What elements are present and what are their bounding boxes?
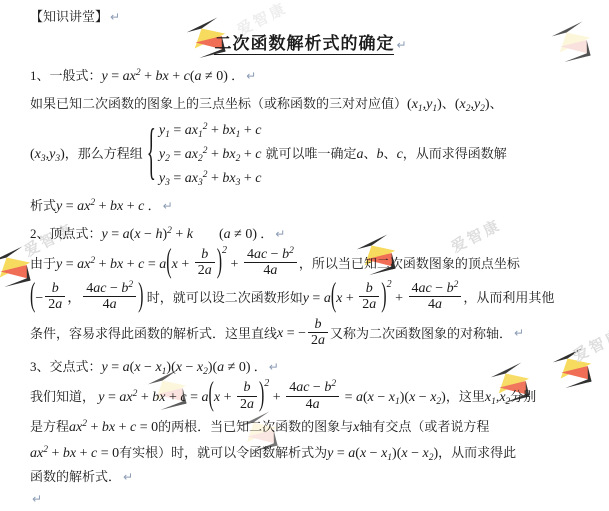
math-operator: − [432,281,447,296]
text-run: 我们知道， [30,389,98,404]
math-operator: + [240,147,255,162]
paragraph-mark: ↵ [246,69,256,83]
document-title-line: 二次函数解析式的确定↵ [30,32,591,57]
math-operator: )( [400,390,409,405]
math-variable: bx [222,147,235,162]
fraction-denominator: 2a [237,396,257,412]
math-superscript: 2 [331,379,336,389]
math-subscript: 3 [165,178,170,188]
math-subscript: 2 [165,154,170,164]
math-operator: + [220,390,235,405]
formula: a [357,146,364,161]
math-subscript: 1 [491,397,496,407]
math-subscript: 3 [55,154,60,164]
math-variable: a [318,333,325,348]
fraction-numerator: 4ac − b2 [286,380,339,395]
math-operator: + [95,199,110,214]
fraction: b2a [195,247,215,279]
equation-system: {y1 = ax12 + bx1 + cy2 = ax22 + bx2 + cy… [147,119,262,191]
math-variable: b [366,281,373,296]
math-operator: = [187,390,202,405]
math-subscript: 1 [387,453,392,463]
math-operator: + [48,446,63,461]
math-variable: bx [152,390,165,405]
math-operator: − [35,291,43,306]
section-header-label: 【知识讲堂】 [30,9,108,24]
section-header: 【知识讲堂】↵ [30,6,591,28]
fraction-numerator: 4ac − b2 [409,281,462,296]
math-superscript: 2 [203,122,208,132]
math-variable: ax [185,171,198,186]
fraction-denominator: 4a [409,296,462,312]
math-subscript: 1 [236,130,241,140]
line-vertex-point: (−b2a，4ac − b24a) 时，就可以设二次函数形如y = a(x + … [30,283,591,315]
text-run: 条件，容易求得此函数的解析式．这里直线 [30,325,277,340]
text-run: ． [257,226,273,241]
big-paren-open-icon: ( [331,280,336,314]
math-operator: + [115,420,130,435]
text-run: ，所以当已知二次函数图象的顶点坐标 [299,256,520,271]
text-run: ． [251,359,267,374]
math-operator: 2 [240,397,247,412]
text-run: 、 [490,96,503,111]
fraction: 4ac − b24a [244,247,297,279]
math-variable: x [499,390,505,405]
line-intersect-form: 3、交点式：y = a(x − x1)(x − x2)(a ≠ 0) ．↵ [30,356,591,380]
system-rows: y1 = ax12 + bx1 + cy2 = ax22 + bx2 + cy3… [159,119,262,191]
math-variable: b [243,380,250,395]
math-operator: )( [208,360,217,375]
math-variable: a [123,360,130,375]
math-operator: + [240,171,255,186]
math-operator: − [374,390,389,405]
math-variable: ac [419,281,432,296]
math-operator: = [108,227,123,242]
math-operator: 4 [412,281,419,296]
math-operator: = 0 [136,420,158,435]
text-run: ，从而求得此 [438,445,516,460]
math-variable: a [205,263,212,278]
math-operator: + [240,123,255,138]
formula: {y1 = ax12 + bx1 + cy2 = ax22 + bx2 + cy… [143,146,266,161]
line-because: 由于y = ax2 + bx + c = a(x + b2a)2 + 4ac −… [30,249,591,281]
text-run: 3、交点式： [30,359,102,374]
math-operator: − [106,281,121,296]
math-operator: 4 [247,247,254,262]
math-variable: a [357,147,364,162]
math-variable: ax [69,420,82,435]
math-variable: ax [123,69,136,84]
fraction-denominator: 4a [286,396,339,412]
math-subscript: 2 [436,397,441,407]
math-operator: + [178,257,193,272]
line-three-points: 如果已知二次函数的图象上的三点坐标（或称函数的三对对应值）(x1,y1)、(x2… [30,93,591,117]
math-operator: ≠ 0) [202,69,228,84]
fraction-denominator: 4a [244,262,297,278]
formula: y = a(x − x1)(x − x2)(a ≠ 0) [102,359,251,374]
math-variable: b [377,147,384,162]
math-superscript: 2 [136,68,141,78]
paragraph-mark: ↵ [123,470,133,484]
line-analytic-expr: 析式y = ax2 + bx + c ．↵ [30,195,591,219]
math-subscript: 2 [203,367,208,377]
math-operator: = [144,257,159,272]
fraction: b2a [45,281,65,313]
text-run: 的两根．当已知二次函数的图象与 [158,419,353,434]
paragraph-mark: ↵ [269,360,279,374]
fraction: b2a [308,317,328,349]
document-title: 二次函数解析式的确定 [214,34,394,55]
math-operator: − [141,227,156,242]
formula: (x1,y1) [407,96,442,111]
math-superscript: 2 [82,419,87,429]
text-run: 有实根）时，就可以令函数解析式为 [119,445,327,460]
math-subscript: 1 [165,130,170,140]
paren-content: −b2a，4ac − b24a [35,290,138,305]
paragraph-mark: ↵ [514,326,524,340]
line-general-form: 1、一般式：y = ax2 + bx + c(a ≠ 0) ．↵ [30,65,591,89]
fraction: 4ac − b24a [286,380,339,412]
math-operator: 4 [428,297,435,312]
math-operator: ≠ 0) [231,227,257,242]
math-variable: a [313,397,320,412]
math-variable: c [255,147,261,162]
math-operator: + [208,123,223,138]
math-superscript: 2 [133,389,138,399]
math-subscript: 1 [395,397,400,407]
math-variable: a [324,291,331,306]
math-subscript: 2 [506,397,511,407]
math-variable: bx [222,123,235,138]
fraction-denominator: 2a [195,262,215,278]
math-variable: a [435,297,442,312]
text-run: ，从而求得函数解 [403,146,507,161]
fraction: b2a [359,281,379,313]
text-run: 2、顶点式： [30,226,102,241]
math-subscript: 2 [466,104,471,114]
math-variable: b [447,281,454,296]
math-variable: a [55,297,62,312]
formula: (x2,y2) [455,96,490,111]
math-superscript: 2 [203,170,208,180]
math-operator: = [309,291,324,306]
math-variable: bx [222,171,235,186]
big-paren-close-icon: ) [138,280,143,314]
formula: y = ax2 + bx + c(a ≠ 0) [102,68,228,83]
fraction-numerator: b [45,281,65,296]
fraction-numerator: b [195,247,215,262]
math-variable: ax [119,390,132,405]
line-axis: 条件，容易求得此函数的解析式．这里直线x = −b2a又称为二次函数图象的对称轴… [30,319,591,351]
math-variable: a [270,263,277,278]
math-variable: a [224,227,231,242]
paren-exponent: 2 [387,279,392,290]
math-subscript: 2 [236,154,241,164]
text-run: ． [144,198,160,213]
math-variable: bx [102,420,115,435]
fraction-denominator: 2a [45,296,65,312]
math-variable: c [255,123,261,138]
math-subscript: 1 [432,104,437,114]
document-content: 【知识讲堂】↵ 二次函数解析式的确定↵ 1、一般式：y = ax2 + bx +… [0,0,609,511]
math-variable: k [187,227,193,242]
formula: y = a(x − h)2 + k(a ≠ 0) [102,226,258,241]
math-subscript: 2 [429,453,434,463]
formula: y = ax2 + bx + c = a(x + b2a)2 + 4ac − b… [98,389,446,404]
math-variable: a [159,257,166,272]
math-subscript: 3 [236,178,241,188]
math-operator: = 0 [97,446,119,461]
math-operator: − [309,380,324,395]
math-operator: + [123,199,138,214]
math-operator: = − [283,326,306,341]
big-paren-open-icon: ( [166,246,171,280]
text-run: 由于 [30,256,56,271]
math-operator: + [141,69,156,84]
paren-content: x + b2a [214,389,259,404]
math-operator: + [342,291,357,306]
math-variable: a [123,227,130,242]
formula: y = ax2 + bx + c [56,198,144,213]
paren-content: x + b2a [172,256,217,271]
formula: ax2 + bx + c = 0 [30,445,119,460]
math-operator: − [182,360,197,375]
text-run: 是方程 [30,419,69,434]
math-operator: + [392,291,407,306]
formula: (x3,y3) [30,146,65,161]
math-variable: ac [254,247,267,262]
text-run: 、 [384,146,397,161]
math-operator: )( [166,360,175,375]
math-superscript: 2 [128,280,133,290]
math-operator: + [227,257,242,272]
paragraph-mark: ↵ [32,492,42,506]
math-variable: ac [296,380,309,395]
math-variable: bx [110,257,123,272]
text-run: ，那么方程组 [65,146,143,161]
big-paren-open-icon: ( [209,379,214,413]
formula: y = ax2 + bx + c = a(x + b2a)2 + 4ac − b… [56,256,299,271]
math-variable: ax [77,199,90,214]
line-real-roots: ax2 + bx + c = 0有实根）时，就可以令函数解析式为y = a(x … [30,442,591,466]
math-operator: − [408,446,423,461]
math-superscript: 2 [43,445,48,455]
math-operator: + [137,390,152,405]
text-run: 析式 [30,198,56,213]
fraction-numerator: b [359,281,379,296]
math-superscript: 2 [289,246,294,256]
text-run: 就可以唯一确定 [266,146,357,161]
math-operator: − [366,446,381,461]
math-variable: ac [93,281,106,296]
line-equation-system: (x3,y3)，那么方程组{y1 = ax12 + bx1 + cy2 = ax… [30,119,591,191]
math-variable: a [356,390,363,405]
math-operator: + [76,446,91,461]
math-superscript: 2 [167,226,172,236]
math-variable: bx [156,69,169,84]
system-brace-icon: { [147,119,156,192]
fraction-denominator: 4a [83,296,136,312]
math-operator: 4 [306,397,313,412]
math-variable: a [110,297,117,312]
math-operator: − [415,390,430,405]
math-operator: = [108,360,123,375]
math-operator: 2 [198,263,205,278]
math-variable: x [412,97,418,112]
math-variable: b [315,317,322,332]
formula: (−b2a，4ac − b24a) [30,290,143,305]
math-operator: )( [392,446,401,461]
math-operator: = [108,69,123,84]
text-run: 如果已知二次函数的图象上的三点坐标（或称函数的三对对应值） [30,96,407,111]
math-variable: x [35,147,41,162]
math-operator: + [169,69,184,84]
big-paren-close-icon: ) [381,280,386,314]
math-variable: a [195,69,202,84]
math-operator: 4 [103,297,110,312]
math-operator: 2 [311,333,318,348]
fraction-numerator: b [308,317,328,332]
math-variable: ax [185,147,198,162]
math-variable: ax [185,123,198,138]
math-operator: = [104,390,119,405]
math-variable: c [255,171,261,186]
big-paren-open-icon: ( [30,280,35,314]
math-variable: ax [30,446,43,461]
text-run: 分别 [510,389,536,404]
text-run: 时，就可以设二次函数形如 [143,290,302,305]
math-operator: = [170,123,185,138]
text-run: 又称为二次函数图象的对称轴． [330,325,512,340]
math-operator: + [208,147,223,162]
formula: b [377,146,384,161]
system-equation: y2 = ax22 + bx2 + c [159,143,262,167]
math-superscript: 2 [203,146,208,156]
paren-exponent: 2 [264,378,269,389]
math-variable: x [422,446,428,461]
math-operator: + [123,257,138,272]
math-variable: b [201,247,208,262]
math-operator: ≠ 0) [224,360,250,375]
math-operator: + [208,171,223,186]
math-variable: x [155,360,161,375]
paren-exponent: 2 [222,245,227,256]
math-variable: ax [77,257,90,272]
math-subscript: 3 [41,154,46,164]
text-run: 函数的解析式． [30,469,121,484]
paragraph-mark: ↵ [163,199,173,213]
math-operator: − [141,360,156,375]
text-run: 轴有交点（或者说方程 [359,419,489,434]
math-superscript: 2 [90,256,95,266]
math-operator: + [95,257,110,272]
line-empty: ↵ [30,488,591,510]
math-subscript: 2 [480,104,485,114]
math-variable: a [369,297,376,312]
math-variable: a [202,390,209,405]
line-vertex-form: 2、顶点式：y = a(x − h)2 + k(a ≠ 0) ．↵ [30,223,591,247]
paragraph-mark: ↵ [110,10,120,24]
math-operator: − [267,247,282,262]
text-run: 、 [442,96,455,111]
text-run: ，从而利用其他 [463,290,554,305]
text-run: 、 [364,146,377,161]
fraction-numerator: 4ac − b2 [244,247,297,262]
fraction: 4ac − b24a [83,281,136,313]
formula: x = −b2a [277,325,330,340]
fraction-numerator: 4ac − b2 [83,281,136,296]
math-operator: = [62,257,77,272]
system-equation: y3 = ax32 + bx3 + c [159,167,262,191]
math-operator: = [170,171,185,186]
line-two-roots: 是方程ax2 + bx + c = 0的两根．当已知二次函数的图象与x轴有交点（… [30,416,591,440]
line-closing: 函数的解析式．↵ [30,466,591,488]
math-operator: + [172,227,187,242]
math-superscript: 2 [454,280,459,290]
math-variable: bx [110,199,123,214]
fraction-denominator: 2a [359,296,379,312]
line-we-know: 我们知道， y = ax2 + bx + c = a(x + b2a)2 + 4… [30,382,591,414]
system-equation: y1 = ax12 + bx1 + c [159,119,262,143]
math-operator: + [269,390,284,405]
text-run: ． [228,68,244,83]
math-operator: = [170,147,185,162]
fraction-denominator: 2a [308,332,328,348]
formula: ax2 + bx + c = 0 [69,419,158,434]
math-subscript: 1 [418,104,423,114]
math-operator: = [333,446,348,461]
text-run: ，这里 [446,389,485,404]
fraction-numerator: b [237,380,257,395]
math-variable: b [52,281,59,296]
formula: y = a(x + b2a)2 + 4ac − b24a [303,290,464,305]
math-operator: ， [67,291,81,306]
fraction: b2a [237,380,257,412]
math-superscript: 2 [90,198,95,208]
text-run: 1、一般式： [30,68,102,83]
paragraph-mark: ↵ [396,38,406,52]
paragraph-mark: ↵ [275,227,285,241]
math-variable: x [459,97,465,112]
math-subscript: 1 [162,367,167,377]
math-variable: bx [63,446,76,461]
math-operator: = [341,390,356,405]
formula: y = a(x − x1)(x − x2) [327,445,438,460]
math-operator: + [165,390,180,405]
math-operator: = [62,199,77,214]
fraction: 4ac − b24a [409,281,462,313]
paren-content: x + b2a [336,290,381,305]
formula: x1,x2 [485,389,510,404]
document-body: 1、一般式：y = ax2 + bx + c(a ≠ 0) ．↵如果已知二次函数… [30,65,591,510]
math-variable: a [247,397,254,412]
math-operator: + [87,420,102,435]
document-page: 爱智康 爱智康 爱智康 爱智康 【知识讲堂】↵ 二次函数解析式的确定↵ [0,0,609,511]
